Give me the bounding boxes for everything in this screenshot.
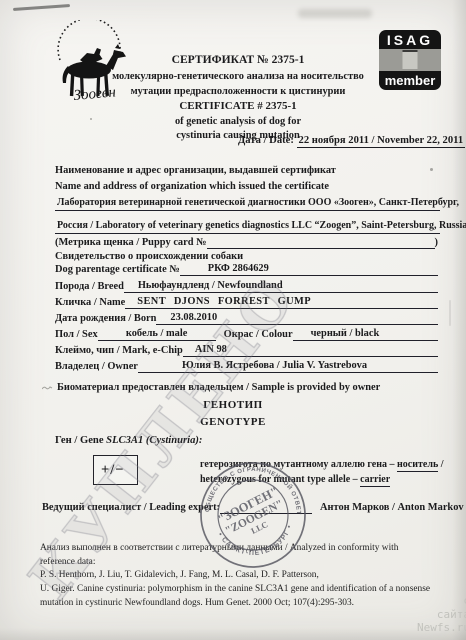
date-label: Дата / Date: bbox=[238, 135, 294, 146]
scan-edge-shadow-right bbox=[452, 0, 466, 640]
genotype-title-en: GENOTYPE bbox=[0, 416, 466, 428]
issuer-label: Наименование и адрес организации, выдавш… bbox=[55, 163, 336, 194]
result-en-carrier: carrier bbox=[360, 474, 390, 487]
result-ru-tail: / bbox=[438, 459, 443, 470]
puppy-card-close-paren: ) bbox=[435, 237, 438, 249]
scan-artifact-smudge bbox=[298, 9, 372, 18]
certificate-title-ru: СЕРТИФИКАТ № 2375-1 молекулярно-генетиче… bbox=[92, 52, 384, 99]
parentage-number: РКФ 2864629 bbox=[180, 263, 438, 276]
parentage-label-ru: Свидетельство о происхождении собаки bbox=[55, 251, 243, 262]
isag-member-badge: ISAG member bbox=[379, 30, 441, 90]
born-label: Дата рождения / Born bbox=[55, 313, 156, 325]
mark-label: Клеймо, чип / Mark, e-Chip bbox=[55, 345, 183, 357]
site-watermark: с сайта Newfs.ru bbox=[417, 594, 466, 635]
gene-label: Ген / Gene bbox=[55, 435, 104, 446]
scan-edge-shadow-bottom bbox=[0, 628, 466, 640]
owner-label: Владелец / Owner bbox=[55, 361, 138, 373]
isag-gel-image bbox=[379, 49, 441, 71]
pencil-mark bbox=[42, 385, 53, 391]
issuer-name-line2: Россия / Laboratory of veterinary geneti… bbox=[55, 220, 440, 234]
puppy-card-label: (Метрика щенка / Puppy card № bbox=[55, 237, 207, 249]
breed-label: Порода / Breed bbox=[55, 281, 124, 293]
seal-icon: ОБЩЕСТВО С ОГРАНИЧЕННОЙ ОТВЕТСТВЕННОСТЬЮ… bbox=[196, 458, 310, 572]
name-label: Кличка / Name bbox=[55, 297, 125, 309]
scan-artifact-streak bbox=[13, 4, 70, 11]
issuer-name-ru: Лаборатория ветеринарной генетической ди… bbox=[55, 197, 440, 211]
issuer-name-line1: Лаборатория ветеринарной генетической ди… bbox=[55, 197, 440, 211]
sex-label: Пол / Sex bbox=[55, 329, 98, 341]
gel-strip-icon bbox=[403, 50, 418, 69]
certificate-scan: Зооген ISAG member СЕРТИФИКАТ № 2375-1 м… bbox=[0, 0, 466, 640]
scan-crease bbox=[449, 300, 451, 326]
result-ru-carrier: носитель bbox=[397, 459, 438, 472]
expert-name: Антон Марков / Anton Markov bbox=[312, 502, 464, 514]
date-value: 22 ноября 2011 / November 22, 2011 bbox=[297, 135, 466, 148]
certificate-title-block: СЕРТИФИКАТ № 2375-1 молекулярно-генетиче… bbox=[92, 52, 384, 144]
puppy-card-line: (Метрика щенка / Puppy card № ) bbox=[55, 237, 438, 249]
puppy-card-blank bbox=[207, 247, 435, 249]
date-line: Дата / Date: 22 ноября 2011 / November 2… bbox=[238, 135, 465, 146]
colour-value: черный / black bbox=[293, 328, 438, 341]
parentage-label-en: Dog parentage certificate № bbox=[55, 264, 180, 276]
zoogen-round-seal: ОБЩЕСТВО С ОГРАНИЧЕННОЙ ОТВЕТСТВЕННОСТЬЮ… bbox=[196, 458, 310, 572]
isag-badge-member-label: member bbox=[385, 74, 436, 87]
scan-speck bbox=[430, 168, 433, 171]
issuer-name-en: Россия / Laboratory of veterinary geneti… bbox=[55, 220, 440, 234]
isag-badge-title: ISAG bbox=[387, 33, 433, 47]
